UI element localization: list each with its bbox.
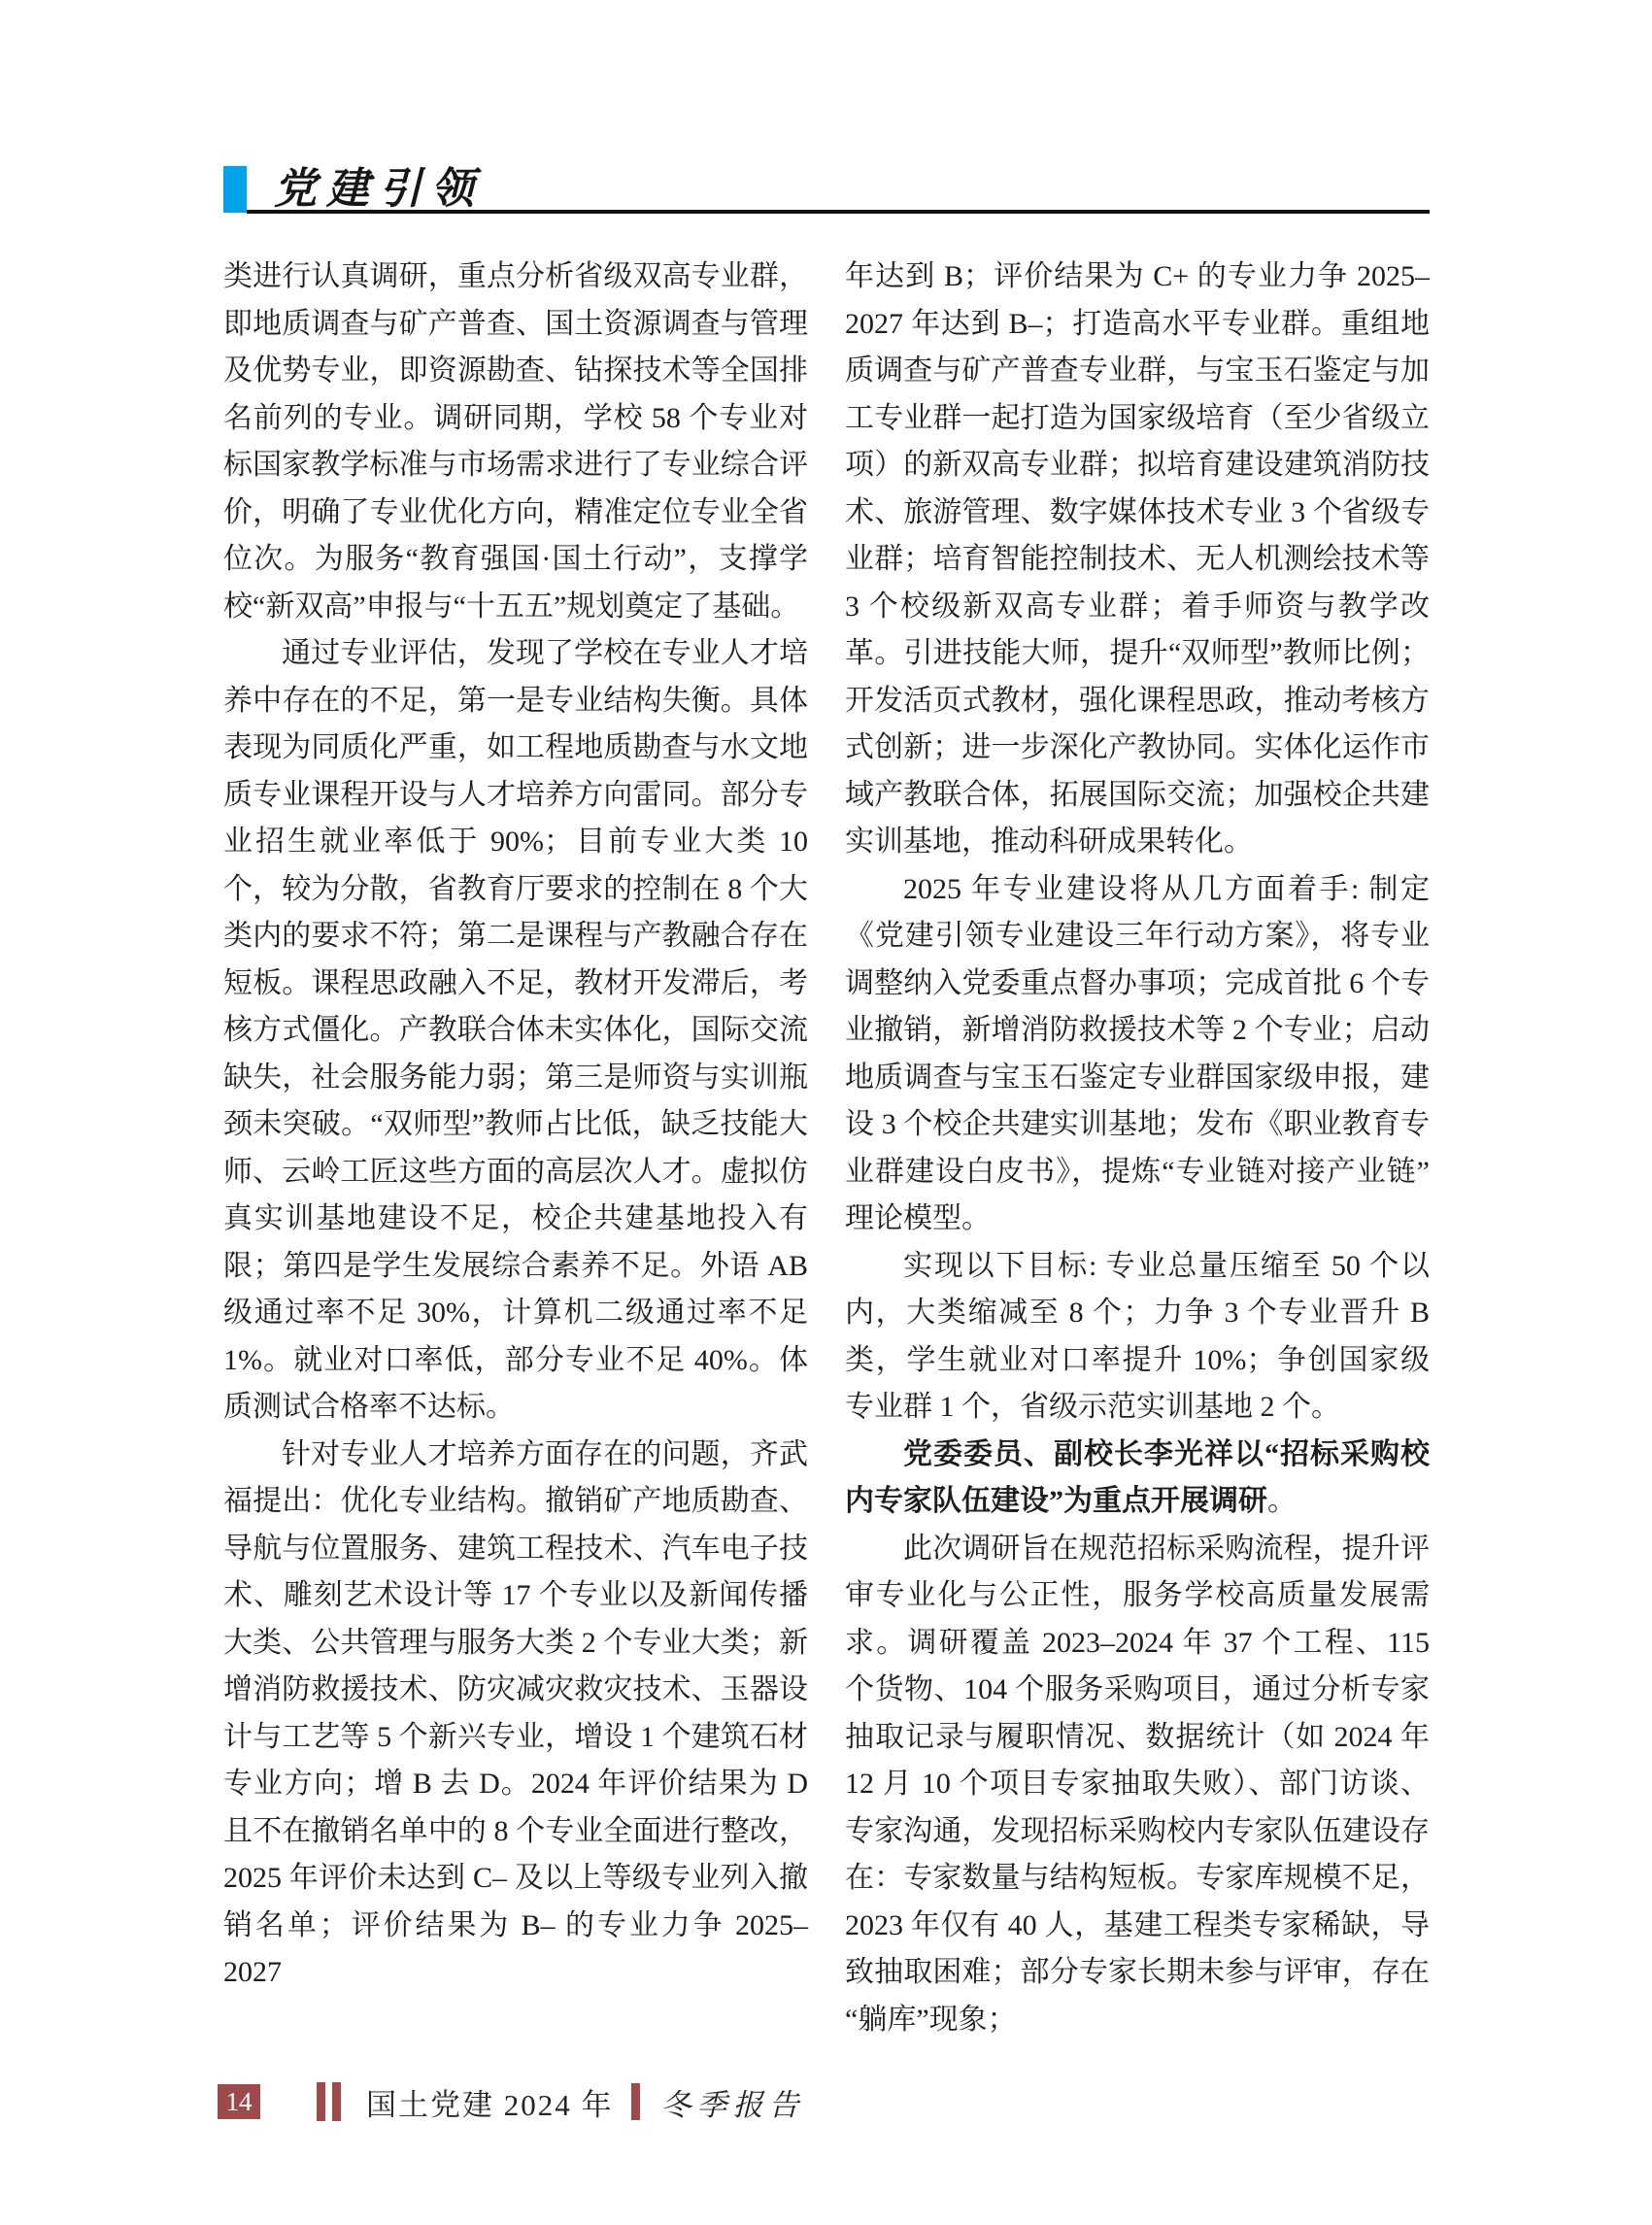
text-run: 。 xyxy=(1267,1485,1297,1517)
paragraph: 针对专业人才培养方面存在的问题，齐武福提出：优化专业结构。撤销矿产地质勘查、导航… xyxy=(223,1432,808,1997)
header-rule xyxy=(247,210,1430,214)
text-run: 类进行认真调研，重点分析省级双高专业群，即地质调查与矿产普查、国土资源调查与管理… xyxy=(223,260,808,623)
magazine-page: { "page": { "width": 1701, "height": 229… xyxy=(0,0,1652,2225)
text-run: 针对专业人才培养方面存在的问题，齐武福提出：优化专业结构。撤销矿产地质勘查、导航… xyxy=(223,1438,808,1989)
paragraph: 类进行认真调研，重点分析省级双高专业群，即地质调查与矿产普查、国土资源调查与管理… xyxy=(223,253,808,630)
text-run: 此次调研旨在规范招标采购流程，提升评审专业化与公正性，服务学校高质量发展需求。调… xyxy=(845,1533,1430,2036)
paragraph: 2025 年专业建设将从几方面着手: 制定《党建引领专业建设三年行动方案》，将专… xyxy=(845,866,1430,1243)
issue-label: 冬季报告 xyxy=(661,2080,805,2124)
paragraph: 通过专业评估，发现了学校在专业人才培养中存在的不足，第一是专业结构失衡。具体表现… xyxy=(223,630,808,1432)
paragraph: 年达到 B；评价结果为 C+ 的专业力争 2025–2027 年达到 B–；打造… xyxy=(845,253,1430,866)
bold-text-run: 党委委员、副校长李光祥以“招标采购校内专家队伍建设”为重点开展调研 xyxy=(845,1438,1430,1518)
page-footer: 14 国土党建 2024 年 冬季报告 xyxy=(218,2081,805,2122)
text-run: 2025 年专业建设将从几方面着手: 制定《党建引领专业建设三年行动方案》，将专… xyxy=(845,873,1430,1235)
footer-double-bar-icon xyxy=(317,2082,341,2121)
footer-single-bar-icon xyxy=(631,2083,640,2120)
text-column-left: 类进行认真调研，重点分析省级双高专业群，即地质调查与矿产普查、国土资源调查与管理… xyxy=(223,253,808,1997)
text-run: 实现以下目标: 专业总量压缩至 50 个以内，大类缩减至 8 个；力争 3 个专… xyxy=(845,1250,1430,1424)
text-run: 通过专业评估，发现了学校在专业人才培养中存在的不足，第一是专业结构失衡。具体表现… xyxy=(223,637,808,1423)
section-accent-bar xyxy=(223,166,247,213)
journal-title: 国土党建 2024 年 xyxy=(366,2080,614,2124)
footer-bar-icon xyxy=(317,2082,325,2121)
text-run: 年达到 B；评价结果为 C+ 的专业力争 2025–2027 年达到 B–；打造… xyxy=(845,260,1430,858)
page-number-badge: 14 xyxy=(218,2084,260,2119)
footer-bar-icon xyxy=(332,2082,341,2121)
paragraph: 实现以下目标: 专业总量压缩至 50 个以内，大类缩减至 8 个；力争 3 个专… xyxy=(845,1243,1430,1432)
text-column-right: 年达到 B；评价结果为 C+ 的专业力争 2025–2027 年达到 B–；打造… xyxy=(845,253,1430,2043)
paragraph: 党委委员、副校长李光祥以“招标采购校内专家队伍建设”为重点开展调研。 xyxy=(845,1432,1430,1526)
paragraph: 此次调研旨在规范招标采购流程，提升评审专业化与公正性，服务学校高质量发展需求。调… xyxy=(845,1526,1430,2044)
section-title: 党建引领 xyxy=(274,153,484,216)
